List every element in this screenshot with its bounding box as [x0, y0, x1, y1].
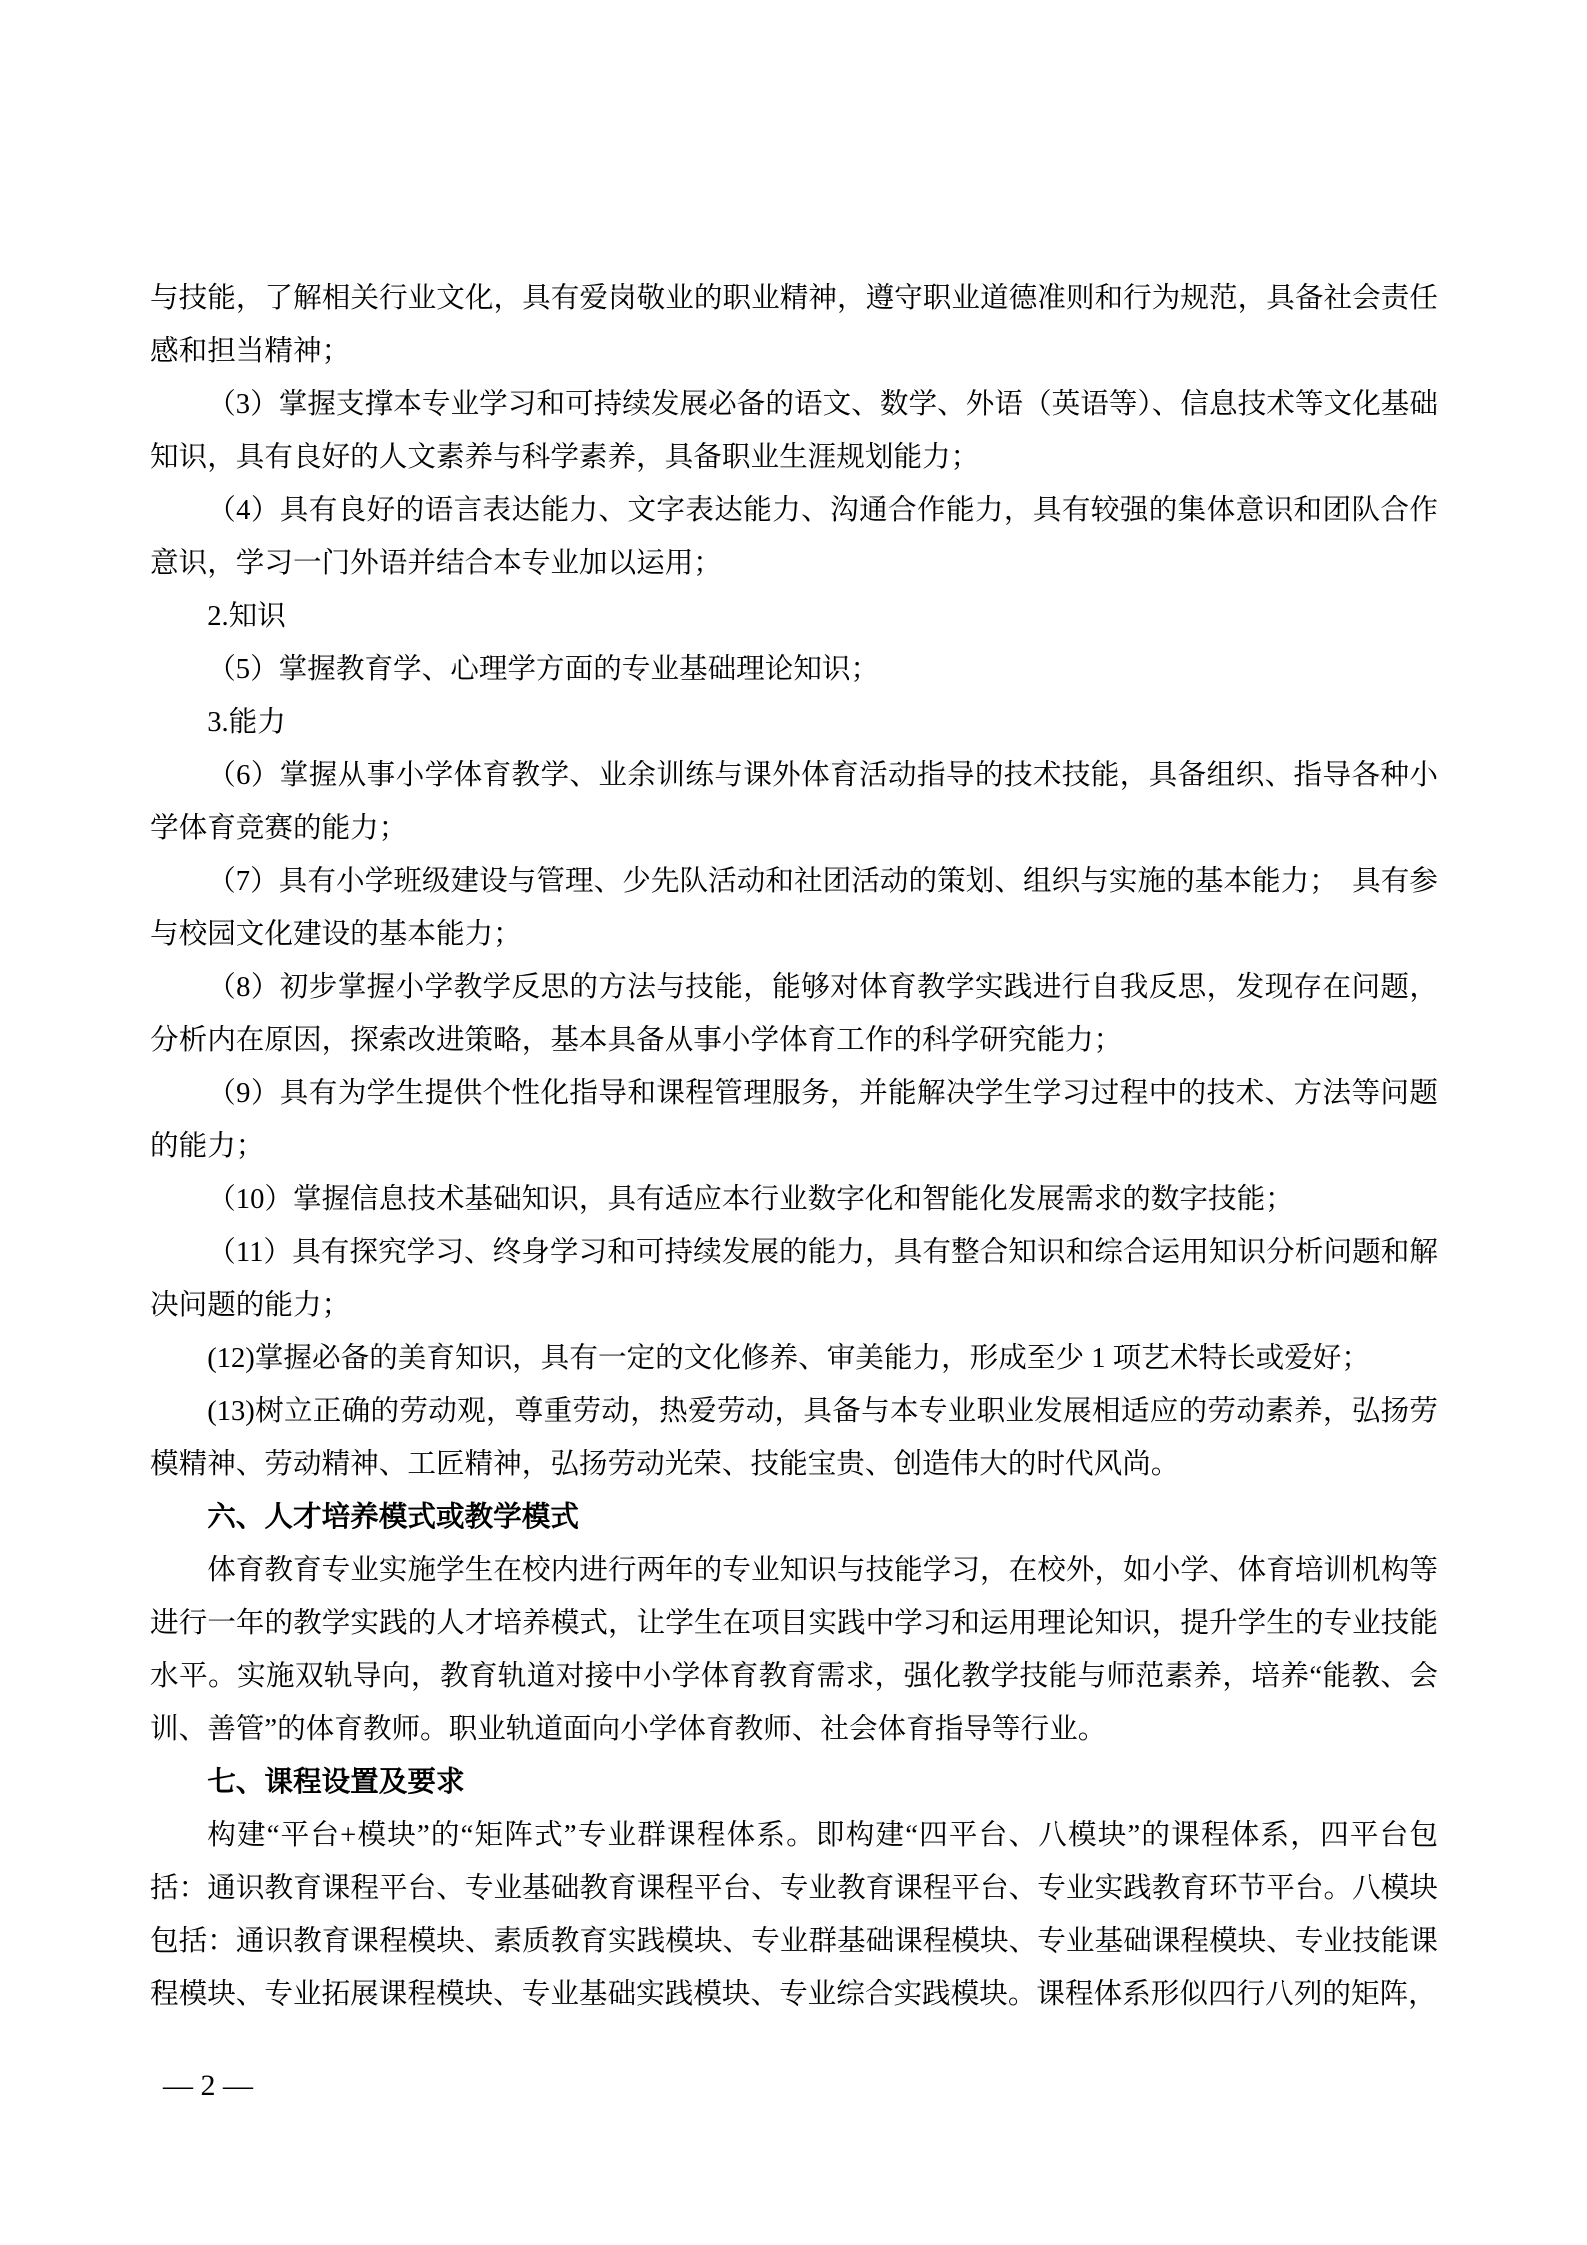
paragraph: (12)掌握必备的美育知识，具有一定的文化修养、审美能力，形成至少 1 项艺术特…	[150, 1332, 1438, 1385]
paragraph: 体育教育专业实施学生在校内进行两年的专业知识与技能学习，在校外，如小学、体育培训…	[150, 1544, 1438, 1756]
paragraph: （5）掌握教育学、心理学方面的专业基础理论知识；	[150, 643, 1438, 696]
paragraph: 3.能力	[150, 696, 1438, 749]
document-body: 与技能，了解相关行业文化，具有爱岗敬业的职业精神，遵守职业道德准则和行为规范，具…	[150, 272, 1438, 2021]
page-number: — 2 —	[163, 2066, 253, 2106]
paragraph: 与技能，了解相关行业文化，具有爱岗敬业的职业精神，遵守职业道德准则和行为规范，具…	[150, 272, 1438, 378]
paragraph: （10）掌握信息技术基础知识，具有适应本行业数字化和智能化发展需求的数字技能；	[150, 1173, 1438, 1226]
paragraph: （3）掌握支撑本专业学习和可持续发展必备的语文、数学、外语（英语等）、信息技术等…	[150, 378, 1438, 484]
paragraph: （7）具有小学班级建设与管理、少先队活动和社团活动的策划、组织与实施的基本能力；…	[150, 855, 1438, 961]
paragraph: (13)树立正确的劳动观，尊重劳动，热爱劳动，具备与本专业职业发展相适应的劳动素…	[150, 1385, 1438, 1491]
paragraph: 2.知识	[150, 590, 1438, 643]
document-page: 与技能，了解相关行业文化，具有爱岗敬业的职业精神，遵守职业道德准则和行为规范，具…	[0, 0, 1587, 2245]
paragraph: （4）具有良好的语言表达能力、文字表达能力、沟通合作能力，具有较强的集体意识和团…	[150, 484, 1438, 590]
paragraph: （6）掌握从事小学体育教学、业余训练与课外体育活动指导的技术技能，具备组织、指导…	[150, 749, 1438, 855]
section-heading: 七、课程设置及要求	[150, 1756, 1438, 1809]
section-heading: 六、人才培养模式或教学模式	[150, 1491, 1438, 1544]
paragraph: 构建“平台+模块”的“矩阵式”专业群课程体系。即构建“四平台、八模块”的课程体系…	[150, 1809, 1438, 2021]
paragraph: （11）具有探究学习、终身学习和可持续发展的能力，具有整合知识和综合运用知识分析…	[150, 1226, 1438, 1332]
paragraph: （8）初步掌握小学教学反思的方法与技能，能够对体育教学实践进行自我反思，发现存在…	[150, 961, 1438, 1067]
paragraph: （9）具有为学生提供个性化指导和课程管理服务，并能解决学生学习过程中的技术、方法…	[150, 1067, 1438, 1173]
